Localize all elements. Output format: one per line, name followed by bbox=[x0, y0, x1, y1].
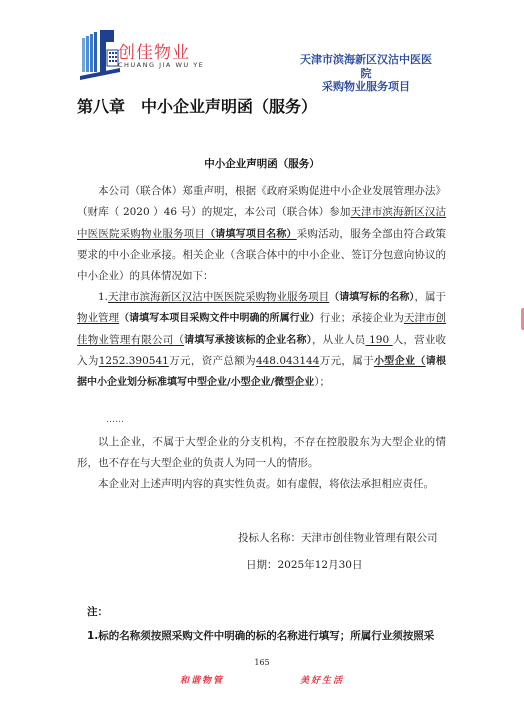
staff-count-field: 190 bbox=[366, 334, 393, 346]
bidder-name: 投标人名称：天津市创佳物业管理有限公司 bbox=[238, 530, 438, 545]
declaration-paragraph: 本公司（联合体）郑重声明，根据《政府采购促进中小企业发展管理办法》（财库（ 20… bbox=[77, 181, 446, 287]
truthfulness-statement: 本企业对上述声明内容的真实性负责。如有虚假，将依法承担相应责任。 bbox=[77, 474, 446, 495]
enterprise-details-item: 1.天津市滨海新区汉沽中医医院采购物业服务项目（请填写标的名称），属于物业管理（… bbox=[77, 287, 446, 393]
revenue-field: 1252.390541 bbox=[99, 355, 169, 367]
document-title: 中小企业声明函（服务） bbox=[0, 156, 524, 171]
target-name-field: 天津市滨海新区汉沽中医医院采购物业服务项目 bbox=[108, 291, 329, 303]
assets-field: 448.043144 bbox=[256, 355, 319, 367]
page-number: 165 bbox=[0, 658, 524, 667]
header-project-line1: 天津市滨海新区汉沽中医医院 bbox=[296, 53, 436, 80]
project-name-hint: （请填写项目名称） bbox=[205, 229, 297, 240]
header-project-line2: 采购物业服务项目 bbox=[296, 80, 436, 94]
enterprise-size-field: 小型企业（ bbox=[374, 356, 426, 367]
industry-hint: （请填写本项目采购文件中明确的所属行业） bbox=[119, 313, 320, 324]
notes-label: 注： bbox=[87, 604, 108, 619]
header-project-name: 天津市滨海新区汉沽中医医院 采购物业服务项目 bbox=[296, 53, 436, 94]
non-large-enterprise-statement: 以上企业，不属于大型企业的分支机构，不存在控股股东为大型企业的情形，也不存在与大… bbox=[77, 432, 446, 475]
item-text: 万元，属于 bbox=[319, 355, 374, 367]
company-name-hint: 请填写承接该标的企业名称） bbox=[184, 335, 312, 346]
item-number: 1. bbox=[98, 291, 108, 303]
item-text: ）； bbox=[314, 376, 330, 388]
item-text: ，从业人员 bbox=[312, 334, 366, 346]
logo-english-name: CHUANG JIA WU YE bbox=[118, 61, 204, 69]
signature-date: 日期：2025年12月30日 bbox=[246, 557, 362, 572]
note-item-1: 1.标的名称须按照采购文件中明确的标的名称进行填写；所属行业须按照采 bbox=[87, 628, 434, 643]
item-text: （ bbox=[173, 334, 184, 346]
item-text: ，属于 bbox=[414, 291, 446, 303]
chapter-title: 第八章 中小企业声明函（服务） bbox=[77, 94, 317, 117]
item-text: 行业；承接企业为 bbox=[320, 312, 404, 324]
logo-chinese-name: 创佳物业 bbox=[118, 38, 190, 63]
target-name-hint: （请填写标的名称） bbox=[329, 292, 414, 303]
item-text: 万元，资产总额为 bbox=[169, 355, 256, 367]
footer-slogan-left: 和谐物管 bbox=[180, 673, 224, 686]
industry-field: 物业管理 bbox=[77, 312, 119, 324]
ellipsis: …… bbox=[106, 415, 124, 425]
footer-slogan-right: 美好生活 bbox=[300, 673, 344, 686]
